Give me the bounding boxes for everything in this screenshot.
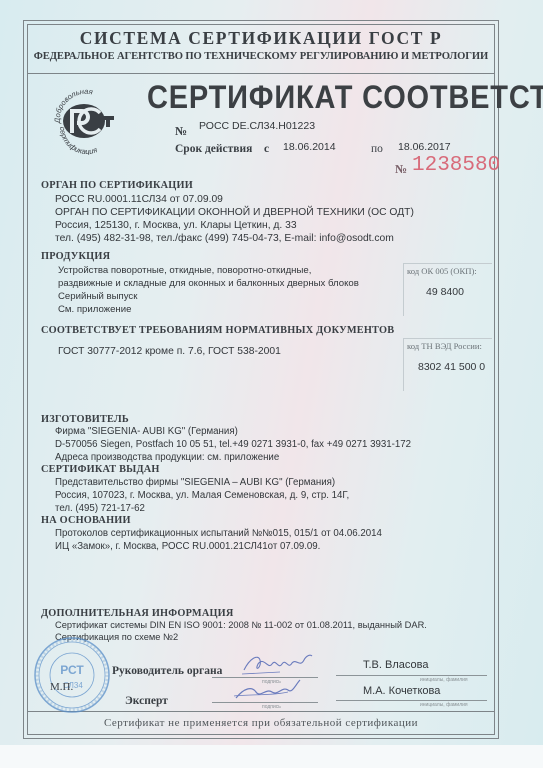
- handwritten-signature-icon: [230, 676, 310, 702]
- issued-to-line: тел. (495) 721-17-62: [55, 502, 349, 515]
- products-heading: ПРОДУКЦИЯ: [41, 251, 110, 262]
- compliance-heading: СООТВЕТСТВУЕТ ТРЕБОВАНИЯМ НОРМАТИВНЫХ ДО…: [41, 325, 394, 336]
- products-details: Устройства поворотные, откидные, поворот…: [58, 264, 359, 316]
- certification-body-line: тел. (495) 482-31-98, тел./факс (499) 74…: [55, 232, 414, 245]
- issued-to-details: Представительство фирмы "SIEGENIA – AUBI…: [55, 476, 349, 515]
- head-name-caption: инициалы, фамилия: [420, 677, 468, 683]
- okp-code-value: 49 8400: [426, 286, 464, 298]
- footer-note: Сертификат не применяется при обязательн…: [27, 717, 495, 729]
- expert-name-line: [336, 700, 487, 701]
- expert-signature-line: [212, 702, 318, 703]
- certification-body-line: Россия, 125130, г. Москва, ул. Клары Цет…: [55, 219, 414, 232]
- serial-number: 1238580: [412, 154, 500, 177]
- certificate-title: СЕРТИФИКАТ СООТВЕТСТВИЯ: [147, 80, 543, 117]
- additional-info-heading: ДОПОЛНИТЕЛЬНАЯ ИНФОРМАЦИЯ: [41, 608, 234, 619]
- issued-to-heading: СЕРТИФИКАТ ВЫДАН: [41, 464, 160, 475]
- tnved-code-box: код ТН ВЭД России: 8302 41 500 0: [403, 338, 492, 391]
- product-line: Устройства поворотные, откидные, поворот…: [58, 264, 359, 277]
- validity-to-date: 18.06.2017: [398, 141, 451, 153]
- basis-heading: НА ОСНОВАНИИ: [41, 515, 131, 526]
- manufacturer-details: Фирма "SIEGENIA- AUBI KG" (Германия) D-5…: [55, 425, 411, 464]
- issued-to-line: Представительство фирмы "SIEGENIA – AUBI…: [55, 476, 349, 489]
- certification-body-line: РОСС RU.0001.11СЛ34 от 07.09.09: [55, 193, 414, 206]
- head-name-line: [336, 675, 487, 676]
- svg-text:РСТ: РСТ: [60, 663, 84, 677]
- header-divider: [27, 73, 495, 74]
- official-stamp: РСТ СЛ34: [33, 636, 111, 714]
- validity-to-label: по: [371, 143, 383, 155]
- manufacturer-line: D-570056 Siegen, Postfach 10 05 51, tel.…: [55, 438, 411, 451]
- compliance-standards: ГОСТ 30777-2012 кроме п. 7.6, ГОСТ 538-2…: [58, 345, 281, 358]
- page-bottom-margin: [0, 745, 543, 768]
- certification-body-details: РОСС RU.0001.11СЛ34 от 07.09.09 ОРГАН ПО…: [55, 193, 414, 245]
- head-signature: [240, 650, 314, 678]
- certification-body-line: ОРГАН ПО СЕРТИФИКАЦИИ ОКОННОЙ И ДВЕРНОЙ …: [55, 206, 414, 219]
- number-label: №: [175, 124, 187, 139]
- validity-label: Срок действия: [175, 143, 252, 155]
- issued-to-line: Россия, 107023, г. Москва, ул. Малая Сем…: [55, 489, 349, 502]
- manufacturer-line: Адреса производства продукции: см. прило…: [55, 451, 411, 464]
- okp-code-label: код ОК 005 (ОКП):: [407, 266, 477, 276]
- expert-label: Эксперт: [125, 695, 168, 707]
- manufacturer-line: Фирма "SIEGENIA- AUBI KG" (Германия): [55, 425, 411, 438]
- tnved-code-label: код ТН ВЭД России:: [407, 341, 482, 351]
- certification-body-heading: ОРГАН ПО СЕРТИФИКАЦИИ: [41, 180, 193, 191]
- basis-line: Протоколов сертификационных испытаний №№…: [55, 527, 382, 540]
- handwritten-signature-icon: [240, 650, 314, 678]
- manufacturer-heading: ИЗГОТОВИТЕЛЬ: [41, 414, 129, 425]
- head-of-body-label: Руководитель органа: [112, 665, 222, 677]
- voluntary-certification-logo: Добровольная сертификация: [50, 83, 122, 155]
- stamp-seal-icon: РСТ СЛ34: [33, 636, 111, 714]
- system-title: СИСТЕМА СЕРТИФИКАЦИИ ГОСТ Р: [27, 28, 495, 49]
- additional-info-line: Сертификат системы DIN EN ISO 9001: 2008…: [55, 619, 427, 631]
- basis-line: ИЦ «Замок», г. Москва, РОСС RU.0001.21СЛ…: [55, 540, 382, 553]
- basis-details: Протоколов сертификационных испытаний №№…: [55, 527, 382, 553]
- okp-code-box: код ОК 005 (ОКП): 49 8400: [403, 263, 492, 316]
- product-line: раздвижные и складные для оконных и балк…: [58, 277, 359, 290]
- agency-name: ФЕДЕРАЛЬНОЕ АГЕНТСТВО ПО ТЕХНИЧЕСКОМУ РЕ…: [27, 51, 495, 62]
- certificate-number: РОСС DE.СЛ34.Н01223: [199, 120, 315, 132]
- product-line: Серийный выпуск: [58, 290, 359, 303]
- expert-name-caption: инициалы, фамилия: [420, 702, 468, 708]
- seal-placeholder-label: М.П.: [50, 681, 73, 693]
- validity-from-date: 18.06.2014: [283, 141, 336, 153]
- validity-from-label: с: [264, 143, 269, 155]
- expert-name: М.А. Кочеткова: [363, 685, 440, 697]
- head-of-body-name: Т.В. Власова: [363, 659, 428, 671]
- expert-signature-caption: подпись: [262, 704, 281, 710]
- product-line: См. приложение: [58, 303, 359, 316]
- serial-number-label: №: [395, 162, 407, 177]
- tnved-code-value: 8302 41 500 0: [418, 361, 485, 373]
- expert-signature: [230, 676, 310, 702]
- rst-logo-icon: Добровольная сертификация: [50, 83, 122, 155]
